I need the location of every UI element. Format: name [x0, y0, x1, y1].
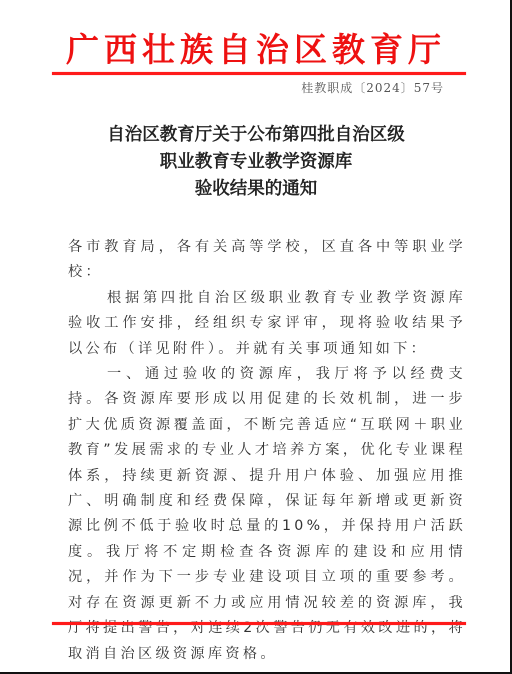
salutation: 各市教育局，各有关高等学校，区直各中等职业学校：	[68, 235, 466, 286]
notice-body: 各市教育局，各有关高等学校，区直各中等职业学校： 根据第四批自治区级职业教育专业…	[68, 235, 466, 667]
paragraph-intro: 根据第四批自治区级职业教育专业教学资源库验收工作安排，经组织专家评审，现将验收结…	[68, 286, 466, 362]
title-line-1: 自治区教育厅关于公布第四批自治区级	[0, 122, 512, 149]
document-number: 桂教职成〔2024〕57号	[301, 79, 444, 96]
document-page: 广西壮族自治区教育厅 桂教职成〔2024〕57号 自治区教育厅关于公布第四批自治…	[0, 0, 512, 674]
bottom-red-rule	[52, 622, 466, 625]
top-red-rule	[52, 72, 466, 75]
notice-title: 自治区教育厅关于公布第四批自治区级 职业教育专业教学资源库 验收结果的通知	[0, 122, 512, 203]
title-line-3: 验收结果的通知	[0, 176, 512, 203]
masthead-title: 广西壮族自治区教育厅	[0, 30, 512, 70]
title-line-2: 职业教育专业教学资源库	[0, 149, 512, 176]
